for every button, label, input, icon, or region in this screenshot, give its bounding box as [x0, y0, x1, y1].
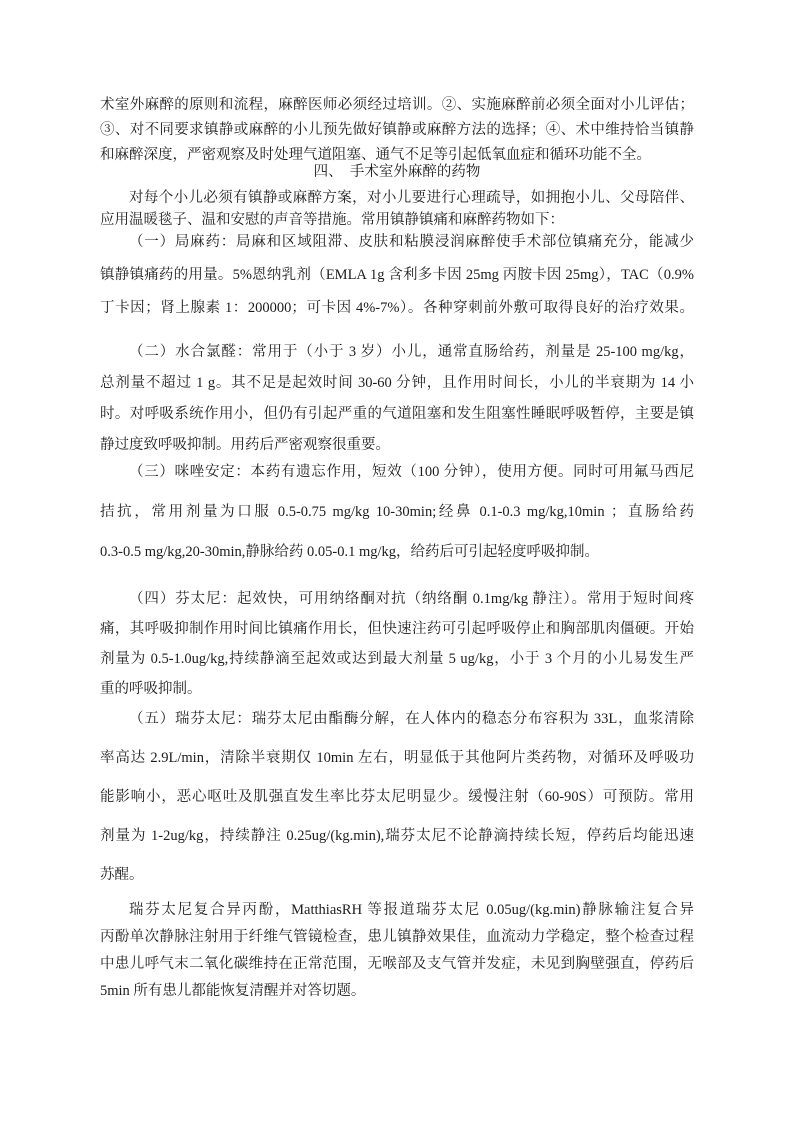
text-line: 丁卡因；肾上腺素 1：200000；可卡因 4%-7%）。各种穿刺前外敷可取得良…: [100, 292, 694, 325]
text-line: ③、对不同要求镇静或麻醉的小儿预先做好镇静或麻醉方法的选择；④、术中维持恰当镇静: [100, 118, 694, 143]
text-line: 术室外麻醉的原则和流程，麻醉医师必须经过培训。②、实施麻醉前必须全面对小儿评估；: [100, 93, 694, 118]
text-line: 镇静镇痛药的用量。5%恩纳乳剂（EMLA 1g 含利多卡因 25mg 丙胺卡因 …: [100, 259, 694, 292]
text-line: 总剂量不超过 1 g。其不足是起效时间 30-60 分钟，且作用时间长，小儿的半…: [100, 368, 694, 399]
document-content: 术室外麻醉的原则和流程，麻醉医师必须经过培训。②、实施麻醉前必须全面对小儿评估；…: [100, 93, 694, 1005]
text-line: 率高达 2.9L/min，清除半衰期仅 10min 左右，明显低于其他阿片类药物…: [100, 739, 694, 778]
paragraph: （一）局麻药：局麻和区域阻滞、皮肤和粘膜浸润麻醉使手术部位镇痛充分，能减少镇静镇…: [100, 226, 694, 325]
text-line: 0.3-0.5 mg/kg,20-30min,静脉给药 0.05-0.1 mg/…: [100, 532, 694, 572]
text-line: 时。对呼吸系统作用小，但仍有引起严重的气道阻塞和发生阻塞性睡眠呼吸暂停，主要是镇: [100, 399, 694, 430]
text-line: （二）水合氯醛：常用于（小于 3 岁）小儿，通常直肠给药，剂量是 25-100 …: [100, 337, 694, 368]
text-line: （五）瑞芬太尼：瑞芬太尼由酯酶分解，在人体内的稳态分布容积为 33L，血浆清除: [100, 700, 694, 739]
text-line: 中患儿呼气末二氧化碳维持在正常范围，无喉部及支气管并发症，未见到胸壁强直，停药后: [100, 951, 694, 978]
text-line: （三）咪唑安定：本药有遗忘作用，短效（100 分钟），使用方便。同时可用氟马西尼: [100, 452, 694, 492]
text-line: 剂量为 1-2ug/kg，持续静注 0.25ug/(kg.min),瑞芬太尼不论…: [100, 817, 694, 856]
text-line: 能影响小，恶心呕吐及肌强直发生率比芬太尼明显少。缓慢注射（60-90S）可预防。…: [100, 778, 694, 817]
text-line: 丙酚单次静脉注射用于纤维气管镜检查，患儿镇静效果佳，血流动力学稳定，整个检查过程: [100, 924, 694, 951]
text-line: （四）芬太尼：起效快，可用纳络酮对抗（纳络酮 0.1mg/kg 静注）。常用于短…: [100, 584, 694, 614]
paragraph: （四）芬太尼：起效快，可用纳络酮对抗（纳络酮 0.1mg/kg 静注）。常用于短…: [100, 584, 694, 704]
text-line: 痛，其呼吸抑制作用时间比镇痛作用长，但快速注药可引起呼吸停止和胸部肌肉僵硬。开始: [100, 614, 694, 644]
text-line: 拮抗，常用剂量为口服 0.5-0.75 mg/kg 10-30min;经鼻 0.…: [100, 492, 694, 532]
document-page: 术室外麻醉的原则和流程，麻醉医师必须经过培训。②、实施麻醉前必须全面对小儿评估；…: [0, 0, 793, 1122]
text-line: （一）局麻药：局麻和区域阻滞、皮肤和粘膜浸润麻醉使手术部位镇痛充分，能减少: [100, 226, 694, 259]
paragraph: （三）咪唑安定：本药有遗忘作用，短效（100 分钟），使用方便。同时可用氟马西尼…: [100, 452, 694, 572]
paragraph: 对每个小儿必须有镇静或麻醉方案，对小儿要进行心理疏导，如拥抱小儿、父母陪伴、应用…: [100, 187, 694, 231]
paragraph: 术室外麻醉的原则和流程，麻醉医师必须经过培训。②、实施麻醉前必须全面对小儿评估；…: [100, 93, 694, 168]
text-line: 瑞芬太尼复合异丙酚，MatthiasRH 等报道瑞芬太尼 0.05ug/(kg.…: [100, 897, 694, 924]
text-line: 5min 所有患儿都能恢复清醒并对答切题。: [100, 978, 694, 1005]
text-line: 剂量为 0.5-1.0ug/kg,持续静滴至起效或达到最大剂量 5 ug/kg，…: [100, 644, 694, 674]
text-line: 苏醒。: [100, 856, 694, 895]
paragraph: （五）瑞芬太尼：瑞芬太尼由酯酶分解，在人体内的稳态分布容积为 33L，血浆清除率…: [100, 700, 694, 895]
text-line: 对每个小儿必须有镇静或麻醉方案，对小儿要进行心理疏导，如拥抱小儿、父母陪伴、: [100, 187, 694, 209]
paragraph: 瑞芬太尼复合异丙酚，MatthiasRH 等报道瑞芬太尼 0.05ug/(kg.…: [100, 897, 694, 1005]
paragraph: （二）水合氯醛：常用于（小于 3 岁）小儿，通常直肠给药，剂量是 25-100 …: [100, 337, 694, 461]
